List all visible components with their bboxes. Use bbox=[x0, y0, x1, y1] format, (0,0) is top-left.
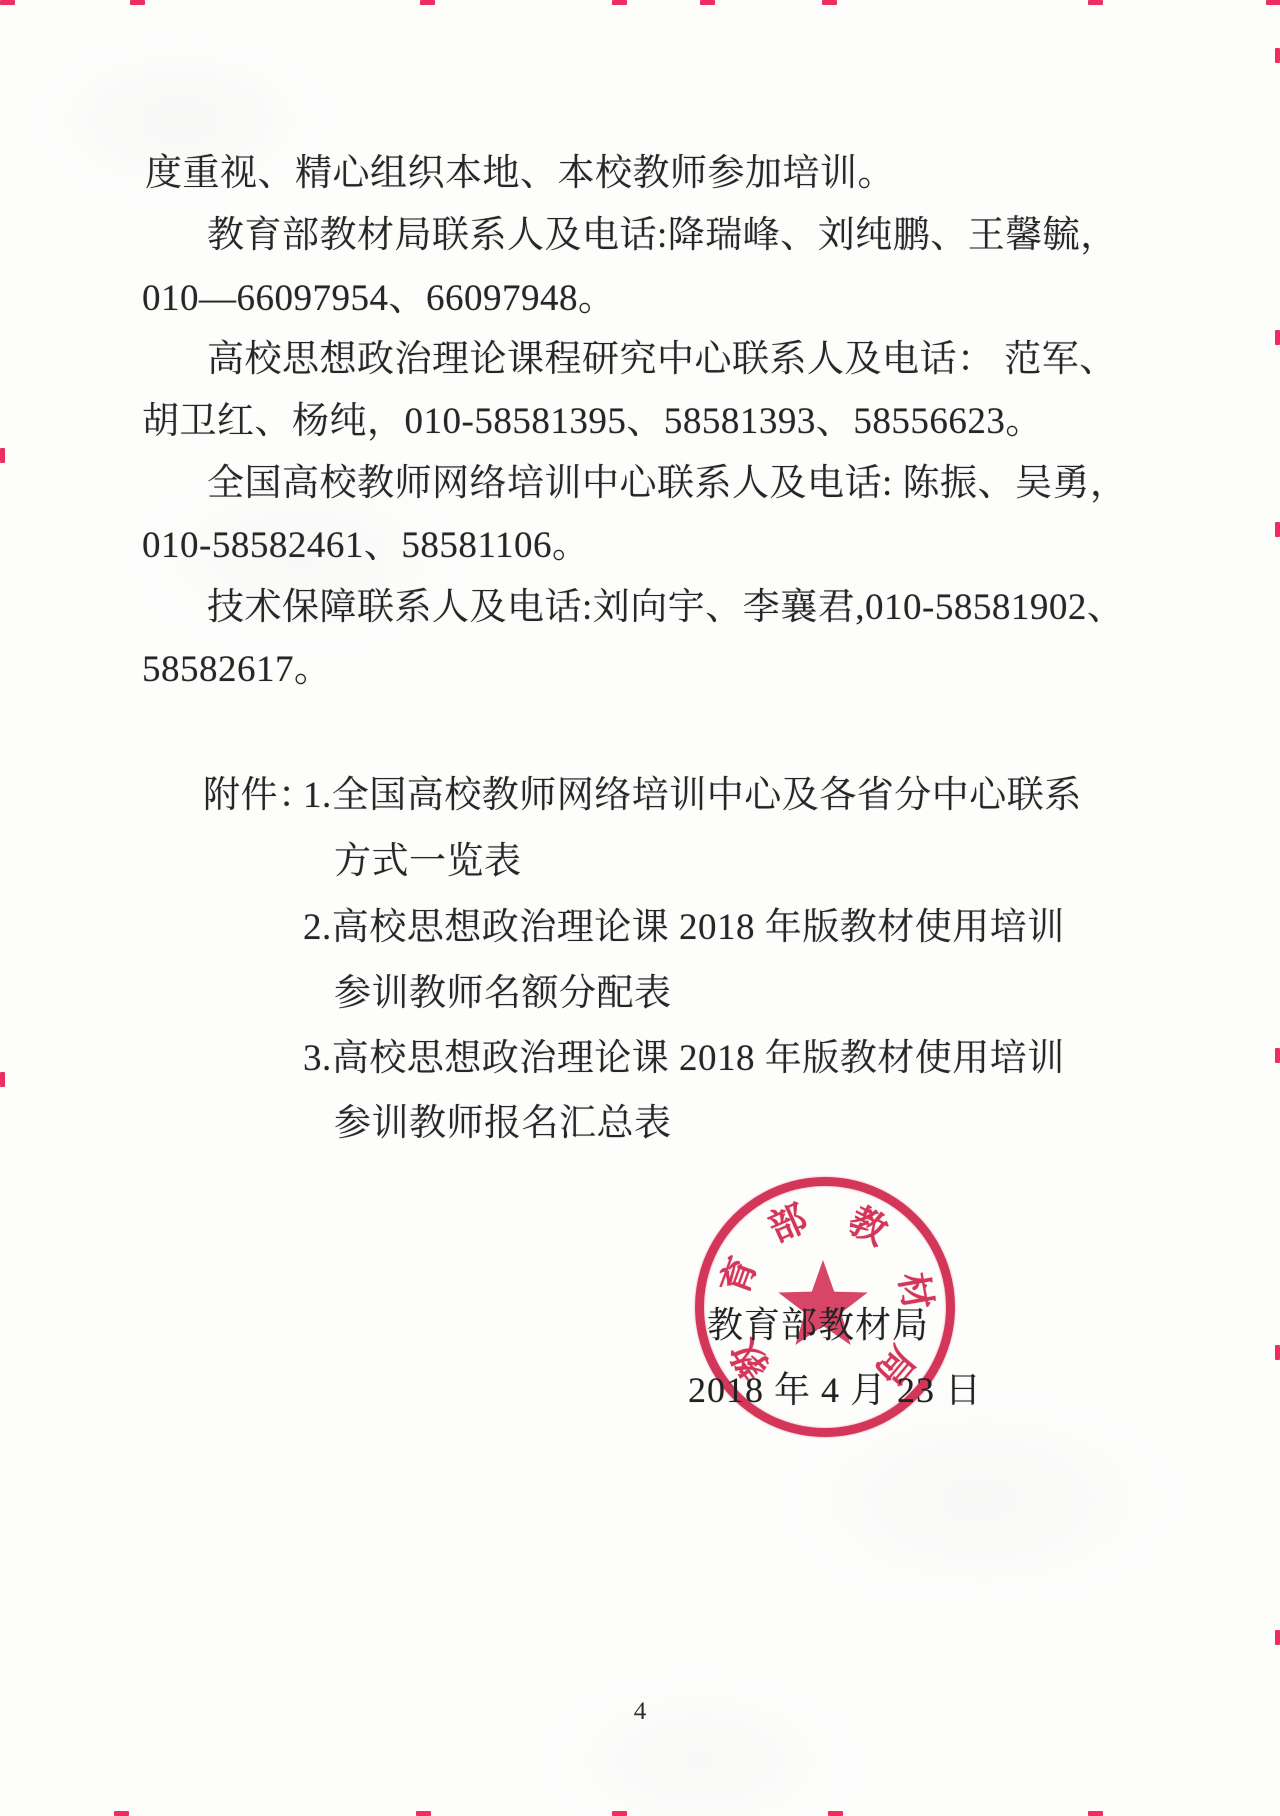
attachment-item: 2.高校思想政治理论课 2018 年版教材使用培训 bbox=[303, 906, 1065, 950]
body-line: 010—66097954、66097948。 bbox=[142, 277, 616, 321]
attachment-item-continuation: 方式一览表 bbox=[334, 840, 522, 884]
scan-artifact-mark bbox=[1275, 1345, 1280, 1360]
document-page: 度重视、精心组织本地、本校教师参加培训。 教育部教材局联系人及电话:降瑞峰、刘纯… bbox=[0, 0, 1280, 1816]
attachment-item-number: 2. bbox=[303, 907, 332, 948]
scan-artifact-mark bbox=[1275, 1630, 1280, 1645]
scan-artifact-mark bbox=[420, 0, 435, 5]
attachment-item-text: 全国高校教师网络培训中心及各省分中心联系 bbox=[332, 775, 1082, 816]
scan-artifact-mark bbox=[828, 1811, 843, 1816]
attachment-item: 3.高校思想政治理论课 2018 年版教材使用培训 bbox=[303, 1037, 1065, 1081]
issue-date: 2018 年 4 月 23 日 bbox=[688, 1362, 982, 1413]
scan-artifact-mark bbox=[114, 1811, 129, 1816]
attachment-item-text: 高校思想政治理论课 2018 年版教材使用培训 bbox=[332, 1038, 1065, 1079]
body-line: 全国高校教师网络培训中心联系人及电话: 陈振、吴勇， bbox=[207, 462, 1128, 506]
attachment-item-continuation: 参训教师报名汇总表 bbox=[334, 1102, 672, 1146]
scan-artifact-mark bbox=[0, 448, 5, 463]
body-line: 高校思想政治理论课程研究中心联系人及电话： 范军、 bbox=[207, 338, 1117, 382]
attachment-item-number: 3. bbox=[303, 1038, 332, 1079]
body-line: 胡卫红、杨纯，010-58581395、58581393、58556623。 bbox=[142, 400, 1043, 444]
scan-artifact-mark bbox=[612, 0, 627, 5]
scan-artifact-mark bbox=[612, 1811, 627, 1816]
scan-artifact-mark bbox=[1275, 330, 1280, 345]
attachment-item: 1.全国高校教师网络培训中心及各省分中心联系 bbox=[303, 774, 1082, 818]
scan-artifact-mark bbox=[1275, 1048, 1280, 1063]
body-line: 度重视、精心组织本地、本校教师参加培训。 bbox=[145, 152, 895, 196]
scan-artifact-mark bbox=[0, 1072, 5, 1087]
body-line: 教育部教材局联系人及电话:降瑞峰、刘纯鹏、王馨毓， bbox=[207, 214, 1118, 258]
scan-artifact-mark bbox=[1266, 0, 1280, 5]
scan-artifact-mark bbox=[416, 1811, 431, 1816]
scan-artifact-mark bbox=[1275, 522, 1280, 537]
scan-artifact-mark bbox=[1088, 1811, 1103, 1816]
attachment-item-number: 1. bbox=[303, 775, 332, 816]
page-number: 4 bbox=[620, 1698, 660, 1726]
attachments-label: 附件： bbox=[203, 774, 316, 818]
body-line: 010-58582461、58581106。 bbox=[142, 524, 589, 568]
issuer-signature: 教育部教材局 bbox=[707, 1297, 929, 1348]
scan-artifact-mark bbox=[1088, 0, 1103, 5]
scan-artifact-mark bbox=[822, 0, 837, 5]
scan-artifact-mark bbox=[700, 0, 715, 5]
body-line: 技术保障联系人及电话:刘向宇、李襄君,010-58581902、 bbox=[207, 586, 1124, 630]
attachment-item-continuation: 参训教师名额分配表 bbox=[334, 972, 672, 1016]
scan-artifact-mark bbox=[1275, 48, 1280, 63]
attachment-item-text: 高校思想政治理论课 2018 年版教材使用培训 bbox=[332, 907, 1065, 948]
scan-artifact-mark bbox=[0, 0, 15, 5]
scan-artifact-mark bbox=[130, 0, 145, 5]
body-line: 58582617。 bbox=[142, 648, 332, 692]
